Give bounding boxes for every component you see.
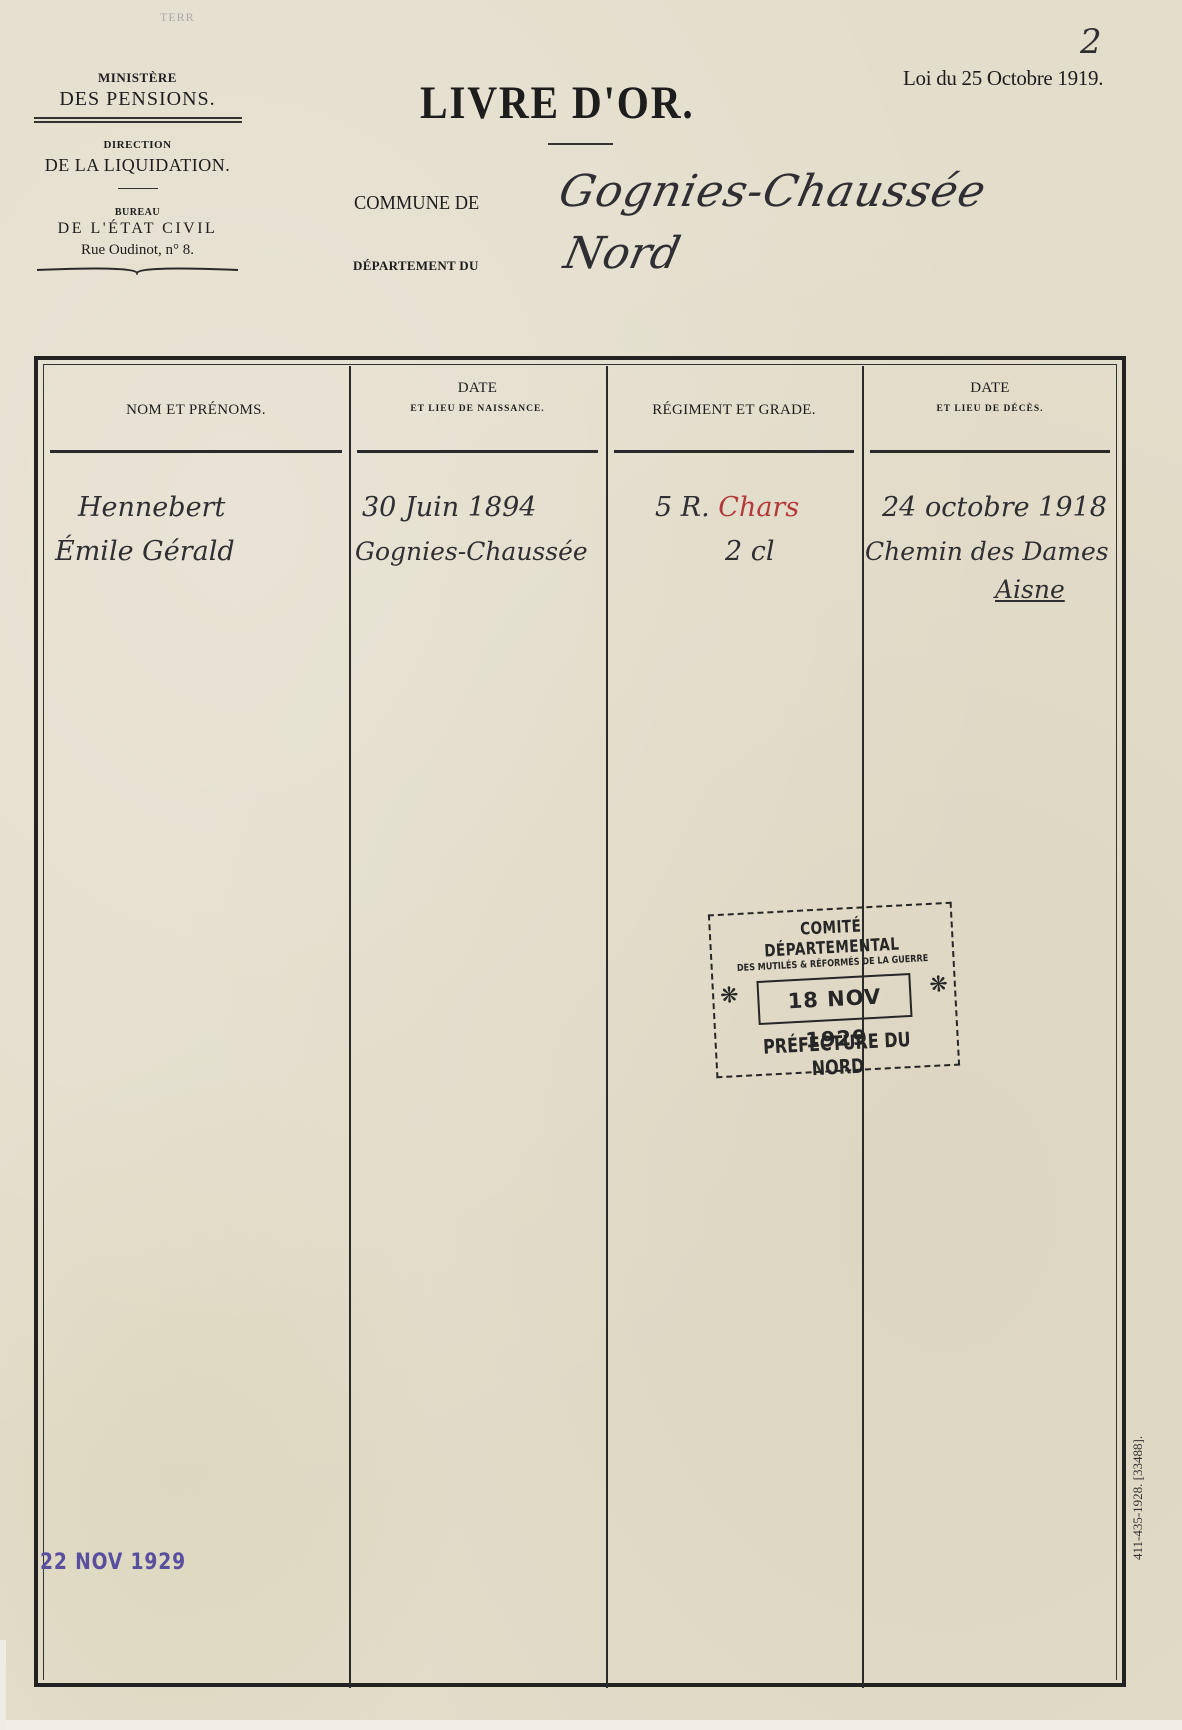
column-divider — [606, 366, 608, 1688]
title-rule — [548, 143, 613, 145]
short-rule-divider — [118, 188, 158, 189]
received-date-stamp: 22 NOV 1929 — [40, 1550, 186, 1575]
header-underline — [614, 450, 854, 453]
column-header-birth: DATE ET LIEU DE NAISSANCE. — [357, 380, 598, 414]
ministry-small-label: MINISTÈRE — [30, 70, 245, 86]
entry-regiment: 5 R. Chars — [655, 486, 799, 530]
entry-regiment-number: 5 R. — [655, 492, 710, 523]
ministry-name: DES PENSIONS. — [30, 88, 245, 111]
entry-surname: Hennebert — [78, 486, 225, 530]
committee-stamp: COMITÉ DÉPARTEMENTAL DES MUTILÉS & RÉFOR… — [708, 902, 960, 1079]
column-header-label: DATE — [870, 380, 1110, 397]
entry-given-names: Émile Gérald — [55, 530, 235, 574]
stamp-prefecture: PRÉFECTURE DU NORD — [740, 1026, 934, 1084]
commune-label: COMMUNE DE — [354, 192, 479, 215]
entry-regiment-type: Chars — [718, 492, 799, 523]
double-rule-divider — [34, 117, 242, 123]
page-title: LIVRE D'OR. — [420, 76, 694, 130]
swash-divider — [35, 265, 240, 275]
bureau-small-label: BUREAU — [30, 207, 245, 218]
column-header-regiment: RÉGIMENT ET GRADE. — [614, 402, 854, 419]
column-header-name: NOM ET PRÉNOMS. — [50, 402, 342, 419]
law-reference: Loi du 25 Octobre 1919. — [903, 66, 1103, 91]
page-bottom-edge — [0, 1720, 1182, 1730]
header-underline — [357, 450, 598, 453]
column-header-death: DATE ET LIEU DE DÉCÈS. — [870, 380, 1110, 414]
direction-small-label: DIRECTION — [30, 139, 245, 151]
column-header-sublabel: ET LIEU DE DÉCÈS. — [870, 404, 1110, 414]
stamp-ornament-icon: ❋ — [720, 983, 740, 1009]
header-underline — [870, 450, 1110, 453]
entry-death-place: Chemin des Dames — [865, 530, 1109, 574]
column-header-sublabel: ET LIEU DE NAISSANCE. — [357, 404, 598, 414]
column-header-label: DATE — [357, 380, 598, 397]
stamp-date: 18 NOV 1929 — [756, 973, 912, 1025]
commune-value: Gognies-Chaussée — [555, 166, 991, 217]
header-underline — [50, 450, 342, 453]
stamp-ornament-icon: ❋ — [929, 972, 949, 998]
entry-birth-place: Gognies-Chaussée — [355, 530, 588, 574]
bureau-name: DE L'ÉTAT CIVIL — [30, 220, 245, 238]
ministry-block: MINISTÈRE DES PENSIONS. DIRECTION DE LA … — [30, 70, 245, 280]
entry-birth-date: 30 Juin 1894 — [362, 486, 536, 530]
entry-death-date: 24 octobre 1918 — [882, 486, 1107, 530]
faint-top-text: TERR — [160, 10, 195, 25]
entry-death-region: Aisne — [995, 568, 1065, 612]
print-reference: 411-435-1928. [33488]. — [1130, 1436, 1146, 1560]
department-label: DÉPARTEMENT DU — [353, 258, 479, 274]
page-left-edge — [0, 1640, 6, 1730]
page-number: 2 — [1080, 22, 1102, 62]
column-header-label: NOM ET PRÉNOMS. — [50, 402, 342, 419]
column-header-label: RÉGIMENT ET GRADE. — [614, 402, 854, 419]
department-value: Nord — [560, 228, 685, 279]
entry-grade: 2 cl — [725, 530, 775, 574]
column-divider — [349, 366, 351, 1688]
direction-name: DE LA LIQUIDATION. — [30, 155, 245, 176]
bureau-address: Rue Oudinot, n° 8. — [30, 242, 245, 259]
